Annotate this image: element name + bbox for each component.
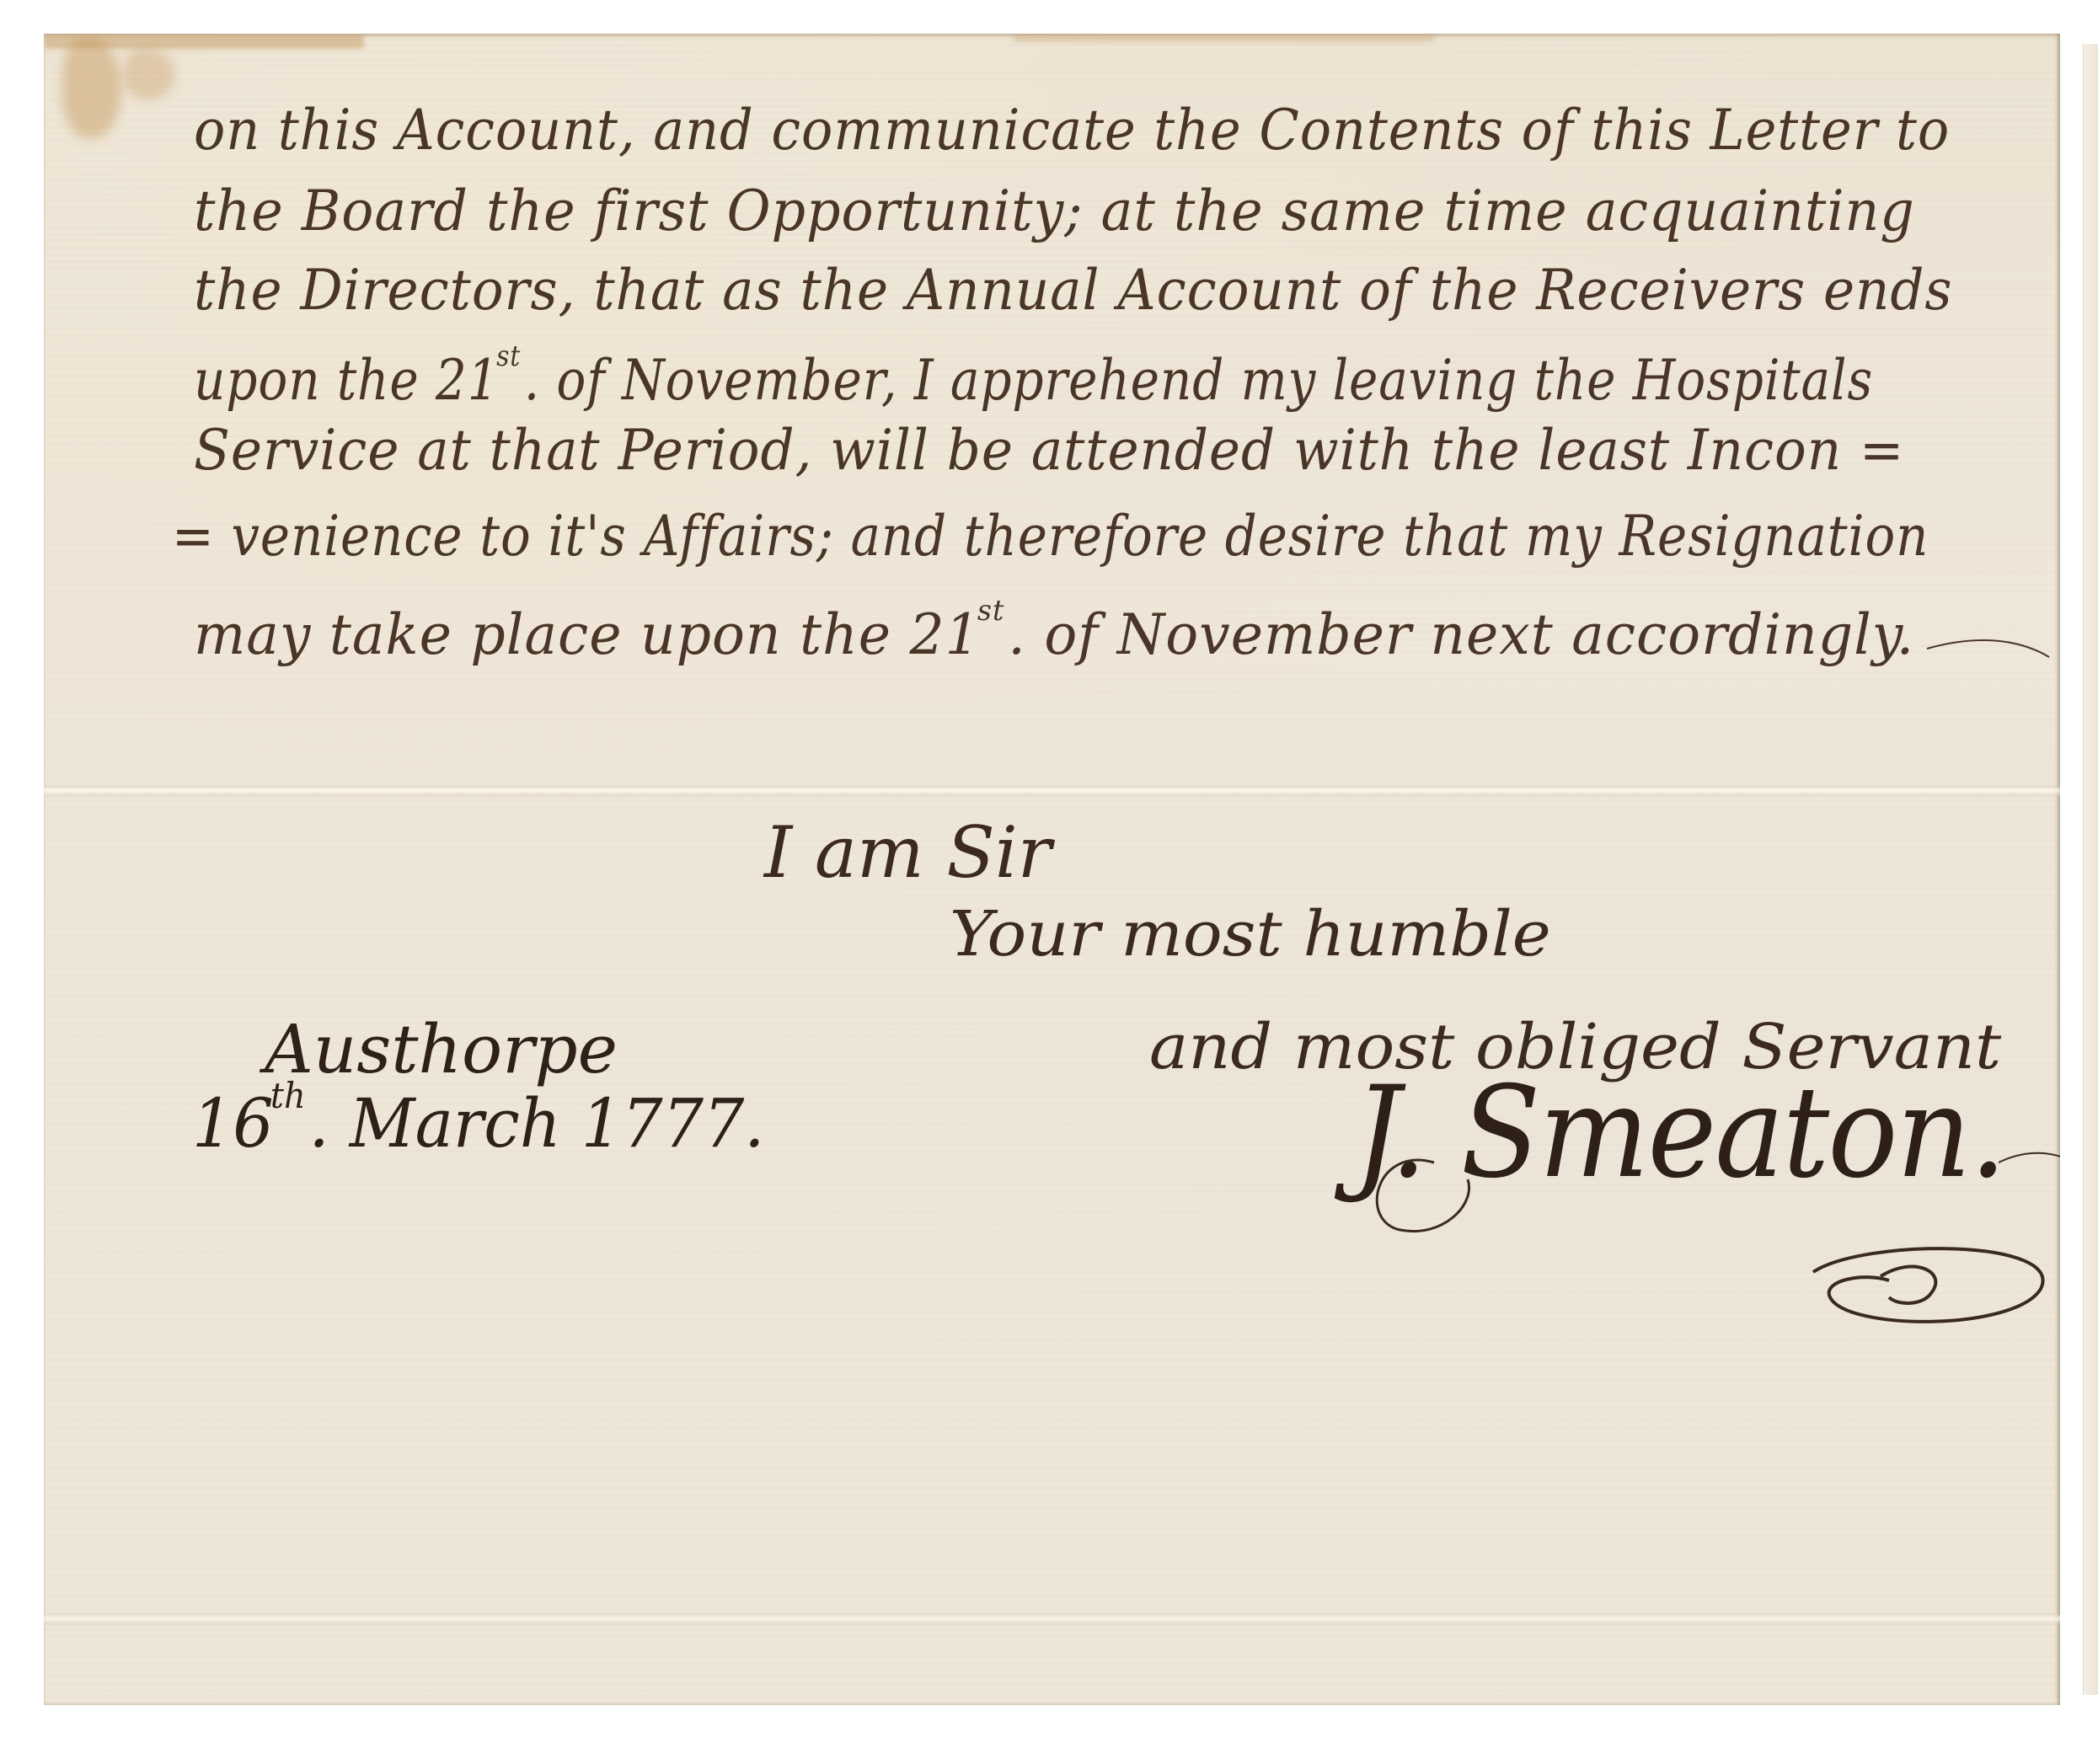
line-4-text-after: . of November, I apprehend my leaving th… bbox=[524, 348, 1873, 413]
date-day: 16 bbox=[192, 1084, 274, 1163]
line-4-text-before: upon the 21 bbox=[194, 348, 500, 413]
ordinal-superscript: st bbox=[977, 594, 1004, 628]
fold-crease bbox=[44, 785, 2060, 797]
date-rest: . March 1777. bbox=[308, 1084, 764, 1163]
body-line-1: on this Account, and communicate the Con… bbox=[194, 103, 1950, 158]
place-name: Austhorpe bbox=[265, 1016, 618, 1083]
line-7-text-before: may take place upon the 21 bbox=[194, 602, 981, 667]
body-line-3: the Directors, that as the Annual Accoun… bbox=[194, 263, 1953, 318]
body-line-6: = venience to it's Affairs; and therefor… bbox=[172, 509, 1929, 564]
closing-line-1: Your most humble bbox=[950, 903, 1551, 965]
closing-salutation: I am Sir bbox=[764, 817, 1052, 888]
body-line-5: Service at that Period, will be attended… bbox=[194, 423, 1904, 478]
body-line-7: may take place upon the 21st. of Novembe… bbox=[194, 596, 1914, 663]
letter-page: on this Account, and communicate the Con… bbox=[44, 34, 2060, 1705]
body-line-4: upon the 21st. of November, I apprehend … bbox=[194, 342, 1873, 409]
ordinal-superscript: st bbox=[496, 339, 521, 373]
letter-date: 16th. March 1777. bbox=[192, 1078, 764, 1157]
line-end-flourish-icon bbox=[1923, 623, 2058, 674]
back-sheet-edge bbox=[2083, 44, 2098, 1695]
water-stain bbox=[124, 49, 174, 99]
signature-flourish-icon bbox=[1341, 1129, 2060, 1348]
top-edge-stain bbox=[1013, 34, 1434, 42]
line-7-text-after: . of November next accordingly. bbox=[1008, 602, 1914, 667]
date-day-suffix: th bbox=[270, 1075, 306, 1116]
fold-crease bbox=[44, 1613, 2060, 1625]
body-line-2: the Board the first Opportunity; at the … bbox=[194, 184, 1915, 239]
water-stain bbox=[62, 37, 121, 138]
